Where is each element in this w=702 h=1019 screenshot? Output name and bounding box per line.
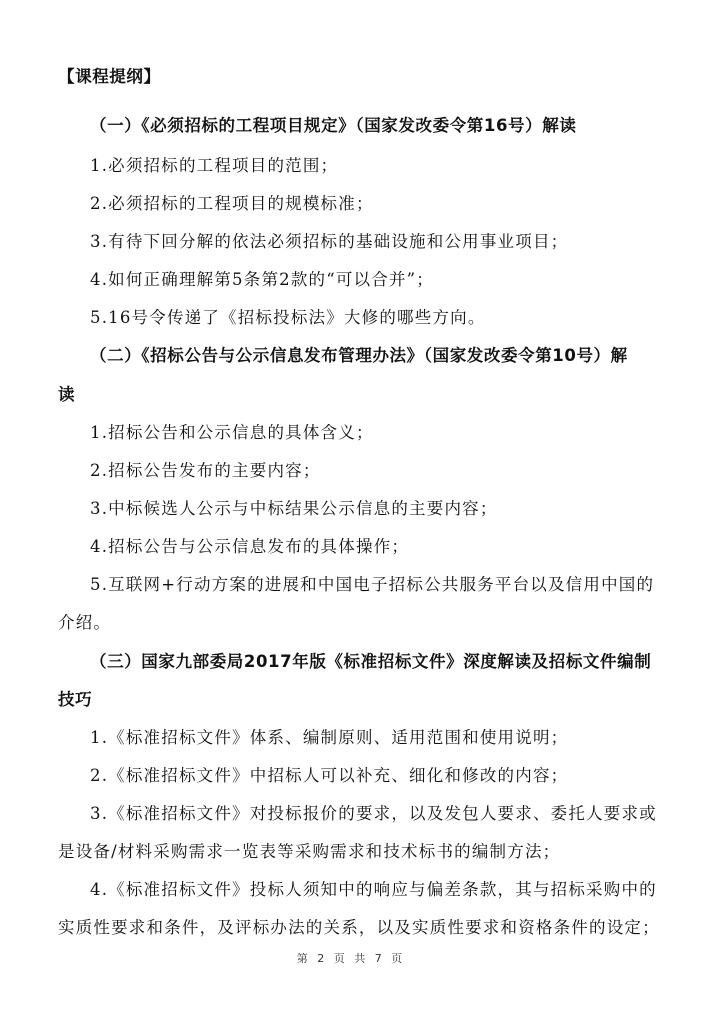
outline-title: 【课程提纲】 <box>58 66 662 88</box>
section-1-item-1: 1.必须招标的工程项目的范围； <box>90 155 662 177</box>
section-3-heading-line1: （三）国家九部委局2017年版《标准招标文件》深度解读及招标文件编制 <box>90 651 662 673</box>
section-3-item-3-line1: 3.《标准招标文件》对投标报价的要求，以及发包人要求、委托人要求或 <box>90 803 662 825</box>
section-2-item-5-line1: 5.互联网+行动方案的进展和中国电子招标公共服务平台以及信用中国的 <box>90 574 662 596</box>
section-2-item-2: 2.招标公告发布的主要内容； <box>90 460 662 482</box>
section-2-heading-line2: 读 <box>58 384 662 406</box>
section-3-item-3-line2: 是设备/材料采购需求一览表等采购需求和技术标书的编制方法； <box>58 841 662 863</box>
section-1-item-5: 5.16号令传递了《招标投标法》大修的哪些方向。 <box>90 307 662 329</box>
section-2-item-5-line2: 介绍。 <box>58 612 662 634</box>
section-3-item-4-line1: 4.《标准招标文件》投标人须知中的响应与偏差条款，其与招标采购中的 <box>90 879 662 901</box>
section-2-heading-line1: （二）《招标公告与公示信息发布管理办法》（国家发改委令第10号）解 <box>90 345 662 367</box>
page-footer: 第 2 页 共 7 页 <box>0 950 702 966</box>
section-2-item-1: 1.招标公告和公示信息的具体含义； <box>90 422 662 444</box>
section-2-item-4: 4.招标公告与公示信息发布的具体操作； <box>90 536 662 558</box>
section-3-item-4-line2: 实质性要求和条件，及评标办法的关系，以及实质性要求和资格条件的设定； <box>58 917 662 939</box>
section-1-item-3: 3.有待下回分解的依法必须招标的基础设施和公用事业项目； <box>90 231 662 253</box>
section-3-item-1: 1.《标准招标文件》体系、编制原则、适用范围和使用说明； <box>90 727 662 749</box>
section-1-heading: （一）《必须招标的工程项目规定》（国家发改委令第16号）解读 <box>90 115 662 137</box>
section-2-item-3: 3.中标候选人公示与中标结果公示信息的主要内容； <box>90 498 662 520</box>
section-3-heading-line2: 技巧 <box>58 689 662 711</box>
section-1-item-4: 4.如何正确理解第5条第2款的“可以合并”； <box>90 269 662 291</box>
section-1-item-2: 2.必须招标的工程项目的规模标准； <box>90 193 662 215</box>
document-page: 【课程提纲】 （一）《必须招标的工程项目规定》（国家发改委令第16号）解读 1.… <box>0 0 702 1019</box>
section-3-item-2: 2.《标准招标文件》中招标人可以补充、细化和修改的内容； <box>90 765 662 787</box>
